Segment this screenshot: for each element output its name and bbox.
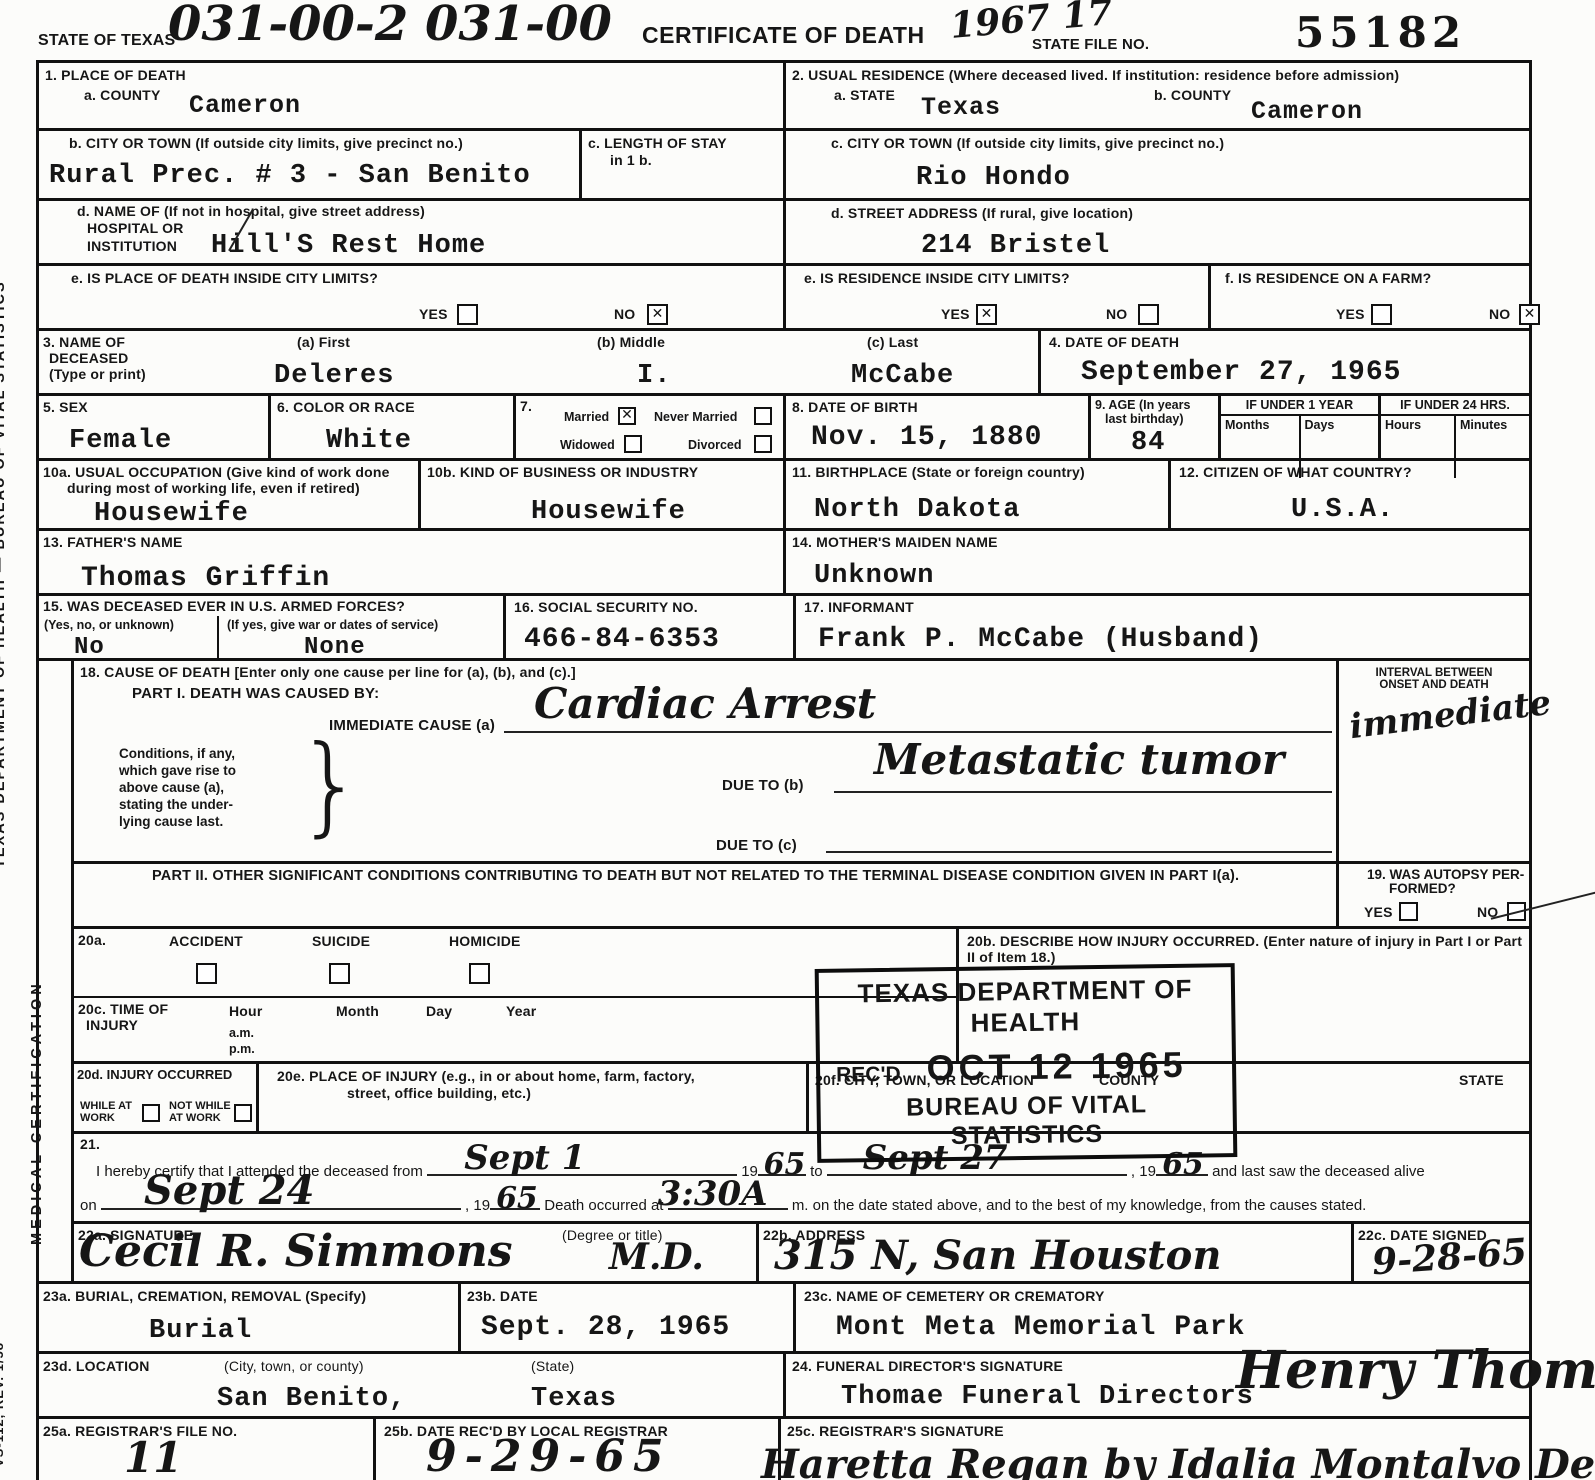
f18-immediate-value: Cardiac Arrest [534,679,876,728]
field-4-date-of-death: 4. DATE OF DEATH September 27, 1965 [1038,331,1529,393]
field-1-place-of-death: 1. PLACE OF DEATH a. COUNTY Cameron [39,63,783,128]
f1c-sublabel: in 1 b. [610,152,652,168]
f5-label: 5. SEX [43,399,88,415]
f1e-no-label: NO [614,306,635,322]
field-1d-hospital: d. NAME OF (If not in hospital, give str… [39,201,783,263]
f20c-day: Day [426,1003,452,1019]
f3c-last-label: (c) Last [867,334,918,350]
f21-on-line: Sept 24 [101,1192,461,1210]
f13-value: Thomas Griffin [81,563,330,594]
f4-value: September 27, 1965 [1081,357,1401,388]
f2b-county-value: Cameron [1251,97,1363,126]
field-2d-street: d. STREET ADDRESS (If rural, give locati… [783,201,1529,263]
f20a-accident-label: ACCIDENT [169,933,243,949]
f23a-value: Burial [149,1316,252,1346]
f2e-label: e. IS RESIDENCE INSIDE CITY LIMITS? [804,270,1070,286]
field-25a-file-no: 25a. REGISTRAR'S FILE NO. 11 [39,1419,373,1480]
f6-value: White [326,426,412,456]
f2e-no-label: NO [1106,306,1127,322]
f7-divorced-label: Divorced [688,438,742,452]
row-injury-place: 20d. INJURY OCCURRED WHILE ATWORK NOT WH… [71,1061,1529,1131]
field-10b-industry: 10b. KIND OF BUSINESS OR INDUSTRY Housew… [418,461,783,528]
medical-certification-section: MEDICAL CERTIFICATION TEXAS DEPARTMENT O… [39,658,1529,1281]
f20c-month: Month [336,1003,379,1019]
f18-title: 18. CAUSE OF DEATH [Enter only one cause… [80,664,576,680]
f7-never-checkbox [754,407,772,425]
f2e-no-checkbox [1138,304,1159,325]
row-sex-race-age: 5. SEX Female 6. COLOR OR RACE White 7. … [39,393,1529,458]
f2a-state-label: a. STATE [834,87,895,103]
f21-time-line: 3:30A [668,1192,788,1210]
field-22a-signature: 22a. SIGNATURE Cecil R. Simmons (Degree … [74,1224,756,1281]
f20c-label2: INJURY [86,1017,138,1033]
field-13-father: 13. FATHER'S NAME Thomas Griffin [39,531,783,593]
f19-yes-label: YES [1364,904,1393,920]
f1d-value: Hill'S Rest Home [211,231,486,261]
f14-label: 14. MOTHER'S MAIDEN NAME [792,534,998,550]
f18-cond3: above cause (a), [119,780,224,795]
certificate-form: 1. PLACE OF DEATH a. COUNTY Cameron 2. U… [36,60,1532,1480]
f18-cond2: which gave rise to [119,763,236,778]
f2c-value: Rio Hondo [916,163,1071,193]
row-city-limits: e. IS PLACE OF DEATH INSIDE CITY LIMITS?… [39,263,1529,328]
field-22c-date-signed: 22c. DATE SIGNED 9-28-65 [1351,1224,1529,1281]
f2f-no-label: NO [1489,306,1510,322]
f20a-accident-checkbox [196,963,217,984]
f1e-no-checkbox: ✕ [647,304,668,325]
f15-value1: No [74,634,105,661]
field-17-informant: 17. INFORMANT Frank P. McCabe (Husband) [793,596,1529,658]
stamp-line1: TEXAS DEPARTMENT OF HEALTH [829,973,1222,1040]
field-11-birthplace: 11. BIRTHPLACE (State or foreign country… [783,461,1168,528]
f2f-no-checkbox: ✕ [1519,304,1540,325]
f2f-yes-label: YES [1336,306,1365,322]
f3b-middle-value: I. [637,361,671,391]
f17-value: Frank P. McCabe (Husband) [818,624,1263,655]
field-12-citizen: 12. CITIZEN OF WHAT COUNTRY? U.S.A. [1168,461,1529,528]
field-14-mother: 14. MOTHER'S MAIDEN NAME Unknown [783,531,1529,593]
f2f-label: f. IS RESIDENCE ON A FARM? [1225,270,1431,286]
f23a-label: 23a. BURIAL, CREMATION, REMOVAL (Specify… [43,1288,366,1304]
f24-signature-hw: Henry Thomae [1236,1340,1595,1401]
field-8-dob: 8. DATE OF BIRTH Nov. 15, 1880 [783,396,1088,458]
field-23b-date: 23b. DATE Sept. 28, 1965 [458,1284,793,1351]
f18-cond4: stating the under- [119,797,233,812]
f20c-pm: p.m. [229,1042,255,1056]
field-9-under-1-year: IF UNDER 1 YEAR Months Days [1218,396,1378,458]
row-occupation: 10a. USUAL OCCUPATION (Give kind of work… [39,458,1529,528]
f10b-label: 10b. KIND OF BUSINESS OR INDUSTRY [427,464,698,480]
f7-label: 7. [520,398,532,414]
f15-divider [217,616,219,658]
f19-label2: FORMED? [1389,881,1456,896]
field-1b-city: b. CITY OR TOWN (If outside city limits,… [39,131,579,198]
f18-due-c-line [826,833,1332,853]
f20b-label: 20b. DESCRIBE HOW INJURY OCCURRED. (Ente… [967,933,1527,965]
stamp-recd: REC'D [836,1063,901,1088]
f16-label: 16. SOCIAL SECURITY NO. [514,599,698,615]
f9-under-24-header: IF UNDER 24 HRS. [1381,396,1529,416]
row-cause-of-death: 18. CAUSE OF DEATH [Enter only one cause… [71,661,1529,861]
field-2-usual-residence: 2. USUAL RESIDENCE (Where deceased lived… [783,63,1529,128]
f9-under-year-header: IF UNDER 1 YEAR [1221,396,1378,416]
f22a-signature-hw: Cecil R. Simmons [79,1226,512,1277]
f1a-county-value: Cameron [189,91,301,120]
stamp-line3: BUREAU OF VITAL STATISTICS [830,1089,1223,1152]
f1c-label: c. LENGTH OF STAY [588,135,727,151]
row-forces-ssn: 15. WAS DECEASED EVER IN U.S. ARMED FORC… [39,593,1529,658]
f1b-label: b. CITY OR TOWN (If outside city limits,… [69,135,463,151]
f20c-hour: Hour [229,1003,262,1019]
f18-brace: } [296,723,365,848]
f3-label1: 3. NAME OF [43,334,125,350]
f20a-homicide-checkbox [469,963,490,984]
f10a-value: Housewife [94,499,249,529]
f7-married-checkbox: ✕ [618,407,636,425]
f23d-city-label: (City, town, or county) [224,1358,364,1374]
f23d-state-label: (State) [531,1358,574,1374]
field-15-armed-forces: 15. WAS DECEASED EVER IN U.S. ARMED FORC… [39,596,503,658]
f8-label: 8. DATE OF BIRTH [792,399,918,415]
f18-part1: PART I. DEATH WAS CAUSED BY: [132,685,379,702]
f20d-while-checkbox [142,1104,160,1122]
field-1c-length-of-stay: c. LENGTH OF STAY in 1 b. [579,131,783,198]
f7-divorced-checkbox [754,435,772,453]
field-2c-city: c. CITY OR TOWN (If outside city limits,… [783,131,1529,198]
f1e-label: e. IS PLACE OF DEATH INSIDE CITY LIMITS? [71,270,378,286]
f2e-yes-label: YES [941,306,970,322]
f15-label: 15. WAS DECEASED EVER IN U.S. ARMED FORC… [43,598,405,614]
f20d-notwhile-label: NOT WHILEAT WORK [169,1100,231,1124]
f3a-first-value: Deleres [274,361,394,391]
f3c-last-value: McCabe [851,361,954,391]
f3-label2: DECEASED [49,350,128,366]
f25a-hw: 11 [124,1433,182,1480]
field-20d: 20d. INJURY OCCURRED WHILE ATWORK NOT WH… [74,1064,256,1131]
state-file-no-label: STATE FILE NO. [1032,36,1149,53]
f21-number: 21. [80,1136,100,1152]
field-18-part2: PART II. OTHER SIGNIFICANT CONDITIONS CO… [74,864,1336,926]
field-23d-location: 23d. LOCATION (City, town, or county) Sa… [39,1354,783,1416]
field-19-autopsy: 19. WAS AUTOPSY PER- FORMED? YES NO [1336,864,1529,926]
f20e-label1: 20e. PLACE OF INJURY (e.g., in or about … [277,1068,695,1084]
state-of-texas-label: STATE OF TEXAS [38,32,175,50]
f22a-degree-hw: M.D. [609,1236,704,1278]
f1e-yes-checkbox [457,304,478,325]
f20a-homicide-label: HOMICIDE [449,933,521,949]
row-certification: 21. I hereby certify that I attended the… [71,1131,1529,1221]
f23b-label: 23b. DATE [467,1288,538,1304]
f3-label3: (Type or print) [49,366,146,382]
field-9-age: 9. AGE (In years last birthday) 84 [1088,396,1218,458]
f23d-state-value: Texas [531,1384,617,1414]
f2a-state-value: Texas [921,93,1001,122]
f5-value: Female [69,426,172,456]
f7-never-label: Never Married [654,410,737,424]
f20f-state-label: STATE [1459,1072,1504,1088]
f19-label1: 19. WAS AUTOPSY PER- [1367,867,1524,882]
f1b-value: Rural Prec. # 3 - San Benito [49,161,531,191]
f2e-yes-checkbox: ✕ [976,304,997,325]
f12-value: U.S.A. [1291,495,1394,525]
f20c-am: a.m. [229,1026,254,1040]
f18-due-b-label: DUE TO (b) [722,777,804,794]
f20a-suicide-checkbox [329,963,350,984]
f10a-label2: during most of working life, even if ret… [67,480,360,496]
f18-cond1: Conditions, if any, [119,746,235,761]
certificate-title: CERTIFICATE OF DEATH [642,22,925,49]
row-location-director: 23d. LOCATION (City, town, or county) Sa… [39,1351,1529,1416]
f18-interval-label1: INTERVAL BETWEEN [1339,661,1529,679]
field-22b-address: 22b. ADDRESS 315 N, San Houston [756,1224,1351,1281]
f7-widowed-checkbox [624,435,642,453]
f21-line2: on Sept 24 , 1965 Death occurred at 3:30… [80,1192,1523,1214]
field-20e: 20e. PLACE OF INJURY (e.g., in or about … [256,1064,806,1131]
f2d-value: 214 Bristel [921,231,1110,261]
f9-label2: last birthday) [1105,412,1184,426]
field-1e-inside-limits: e. IS PLACE OF DEATH INSIDE CITY LIMITS?… [39,266,783,328]
field-6-race: 6. COLOR OR RACE White [268,396,513,458]
row-name-dod: 3. NAME OF DECEASED (Type or print) (a) … [39,328,1529,393]
f1d-label3: INSTITUTION [87,238,177,254]
stamp-date: OCT 12 1965 [926,1044,1187,1090]
f20d-while-label: WHILE ATWORK [80,1100,132,1124]
f11-value: North Dakota [814,495,1020,525]
field-23a-burial: 23a. BURIAL, CREMATION, REMOVAL (Specify… [39,1284,458,1351]
f10b-value: Housewife [531,497,686,527]
f1d-label2: HOSPITAL OR [87,220,184,236]
f23c-label: 23c. NAME OF CEMETERY OR CREMATORY [804,1288,1105,1304]
f18-part2-text: PART II. OTHER SIGNIFICANT CONDITIONS CO… [152,868,1239,884]
f15-sub1: (Yes, no, or unknown) [44,618,174,632]
row-physician-signature: 22a. SIGNATURE Cecil R. Simmons (Degree … [71,1221,1529,1281]
f2c-label: c. CITY OR TOWN (If outside city limits,… [831,135,1224,151]
field-16-ssn: 16. SOCIAL SECURITY NO. 466-84-6353 [503,596,793,658]
field-5-sex: 5. SEX Female [39,396,268,458]
f8-value: Nov. 15, 1880 [811,422,1042,453]
field-7-marital: 7. Married ✕ Never Married Widowed Divor… [513,396,783,458]
f11-label: 11. BIRTHPLACE (State or foreign country… [792,464,1085,480]
f18-due-b-value: Metastatic tumor [874,735,1284,784]
row-injury-type: 20a. ACCIDENT SUICIDE HOMICIDE 20c. TIME… [71,926,1529,1061]
f20a-suicide-label: SUICIDE [312,933,370,949]
f2b-county-label: b. COUNTY [1154,87,1231,103]
f13-label: 13. FATHER'S NAME [43,534,183,550]
f21-year3-line: 65 [490,1192,540,1210]
row-place-residence: 1. PLACE OF DEATH a. COUNTY Cameron 2. U… [39,63,1529,128]
row-city-stay: b. CITY OR TOWN (If outside city limits,… [39,128,1529,198]
received-stamp: TEXAS DEPARTMENT OF HEALTH REC'D OCT 12 … [815,963,1238,1163]
row-part2-autopsy: PART II. OTHER SIGNIFICANT CONDITIONS CO… [71,861,1529,926]
f9-label1: 9. AGE (In years [1095,398,1190,412]
f2-title: 2. USUAL RESIDENCE (Where deceased lived… [792,67,1399,83]
f15-value2: None [304,634,366,661]
field-18-interval: INTERVAL BETWEEN ONSET AND DEATH immedia… [1336,661,1529,861]
f6-label: 6. COLOR OR RACE [277,399,415,415]
f20a-label: 20a. [78,932,106,948]
f4-label: 4. DATE OF DEATH [1049,334,1179,350]
handwritten-form-code: 031-00-2 031-00 [168,0,612,52]
f18-interval-value: immediate [1347,683,1553,747]
f16-value: 466-84-6353 [524,624,720,655]
field-25c-registrar-signature: 25c. REGISTRAR'S SIGNATURE Haretta Regan… [778,1419,1529,1480]
state-file-number: 55182 [1295,8,1466,57]
f23d-city-value: San Benito, [217,1384,406,1414]
f20c-year: Year [506,1003,536,1019]
f20d-label: 20d. INJURY OCCURRED [77,1067,232,1082]
field-2f-on-farm: f. IS RESIDENCE ON A FARM? YES NO ✕ [1208,266,1529,328]
f20d-notwhile-checkbox [234,1104,252,1122]
f1-title: 1. PLACE OF DEATH [45,67,186,83]
field-10a-occupation: 10a. USUAL OCCUPATION (Give kind of work… [39,461,418,528]
f7-married-label: Married [564,410,609,424]
f23c-value: Mont Meta Memorial Park [836,1312,1245,1343]
f3a-first-label: (a) First [297,334,350,350]
f20e-label2: street, office building, etc.) [347,1085,531,1101]
row-parents: 13. FATHER'S NAME Thomas Griffin 14. MOT… [39,528,1529,593]
f25c-label: 25c. REGISTRAR'S SIGNATURE [787,1423,1004,1439]
f24-label: 24. FUNERAL DIRECTOR'S SIGNATURE [792,1358,1063,1374]
f17-label: 17. INFORMANT [804,599,914,615]
row-hospital-street: d. NAME OF (If not in hospital, give str… [39,198,1529,263]
field-21-certify: 21. I hereby certify that I attended the… [74,1134,1529,1221]
field-2e-inside-limits: e. IS RESIDENCE INSIDE CITY LIMITS? YES … [783,266,1208,328]
f22b-address-hw: 315 N, San Houston [774,1232,1221,1279]
f20c-label1: 20c. TIME OF [78,1001,168,1017]
f18-due-c-label: DUE TO (c) [716,837,797,854]
field-3-name: 3. NAME OF DECEASED (Type or print) (a) … [39,331,1038,393]
f2f-yes-checkbox [1371,304,1392,325]
f15-sub2: (If yes, give war or dates of service) [227,618,438,632]
f3b-middle-label: (b) Middle [597,334,665,350]
field-25b-date-recd: 25b. DATE REC'D BY LOCAL REGISTRAR 9-29-… [373,1419,778,1480]
f25b-hw: 9-29-65 [426,1431,672,1480]
f1e-yes-label: YES [419,306,448,322]
f9-value: 84 [1131,428,1165,458]
f2d-label: d. STREET ADDRESS (If rural, give locati… [831,205,1133,221]
margin-medical-certification: MEDICAL CERTIFICATION [29,980,45,1245]
f18-cond5: lying cause last. [119,814,223,829]
field-24-funeral-director: 24. FUNERAL DIRECTOR'S SIGNATURE Thomae … [783,1354,1529,1416]
f10a-label1: 10a. USUAL OCCUPATION (Give kind of work… [43,464,390,480]
f25c-hw: Haretta Regan by Idalia Montalvo Deputy [761,1441,1595,1480]
margin-form-number: VS-112, REV. 1/58 [0,1342,6,1467]
f1a-county-label: a. COUNTY [84,87,160,103]
f21-year2-line: 65 [1156,1158,1208,1176]
f12-label: 12. CITIZEN OF WHAT COUNTRY? [1179,464,1412,480]
death-certificate-scan: STATE OF TEXAS 031-00-2 031-00 CERTIFICA… [0,0,1595,1480]
field-9-under-24-hrs: IF UNDER 24 HRS. Hours Minutes [1378,396,1529,458]
f23d-label: 23d. LOCATION [43,1358,150,1374]
row-registrar: 25a. REGISTRAR'S FILE NO. 11 25b. DATE R… [39,1416,1529,1480]
f7-widowed-label: Widowed [560,438,615,452]
f14-value: Unknown [814,561,934,591]
f24-value: Thomae Funeral Directors [841,1382,1254,1412]
margin-department-text: TEXAS DEPARTMENT OF HEALTH — BUREAU OF V… [0,280,8,868]
f19-yes-checkbox [1399,902,1418,921]
f23b-value: Sept. 28, 1965 [481,1312,730,1343]
field-18-cause: 18. CAUSE OF DEATH [Enter only one cause… [74,661,1336,861]
